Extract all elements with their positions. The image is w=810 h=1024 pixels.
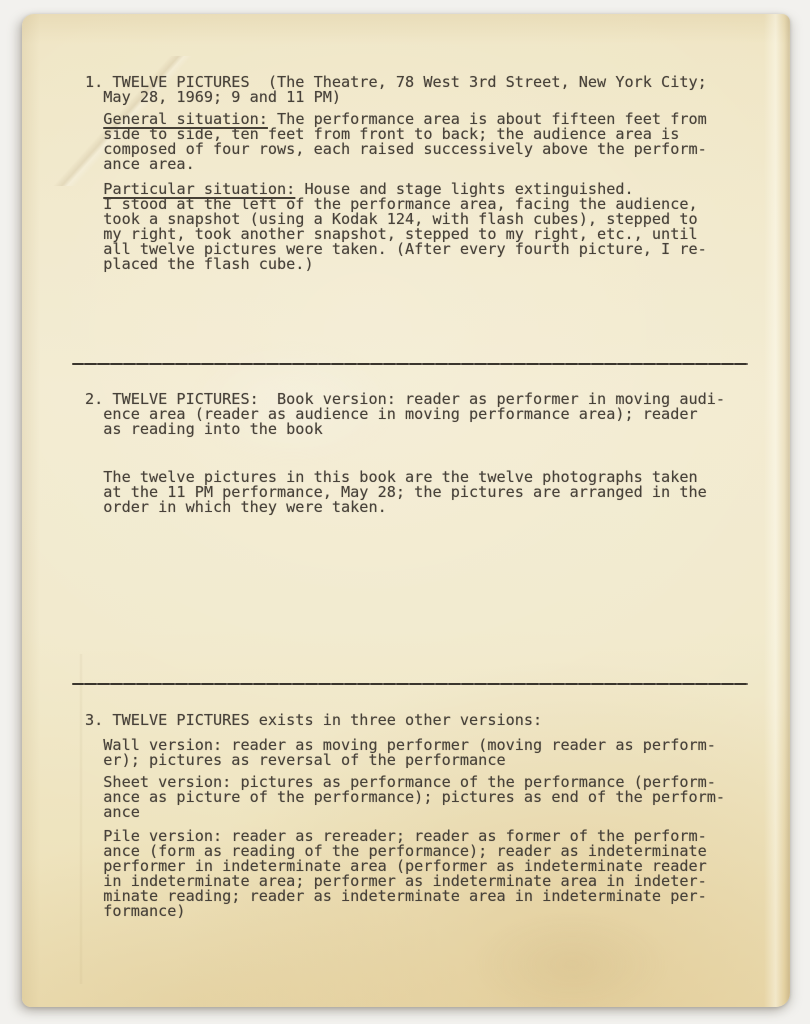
text-line: May 28, 1969; 9 and 11 PM) xyxy=(85,90,707,105)
text-line: placed the flash cube.) xyxy=(85,257,707,272)
section-divider-2 xyxy=(72,683,748,685)
section-1-general-situation: General situation: The performance area … xyxy=(85,112,707,172)
text-segment: ance area. xyxy=(85,155,195,173)
text-line: ance xyxy=(85,805,725,820)
document-page: 1. TWELVE PICTURES (The Theatre, 78 West… xyxy=(22,14,790,1007)
text-line: er); pictures as reversal of the perform… xyxy=(85,753,716,768)
text-segment: 3. TWELVE PICTURES exists in three other… xyxy=(85,711,542,729)
section-3-pile-version: Pile version: reader as rereader; reader… xyxy=(85,829,707,918)
section-divider-1 xyxy=(72,363,748,365)
text-line: ance as picture of the performance); pic… xyxy=(85,790,725,805)
text-line: formance) xyxy=(85,904,707,919)
text-segment: May 28, 1969; 9 and 11 PM) xyxy=(85,88,341,106)
text-line: order in which they were taken. xyxy=(85,500,707,515)
text-segment: ance as picture of the performance); pic… xyxy=(85,788,725,806)
scan-background: 1. TWELVE PICTURES (The Theatre, 78 West… xyxy=(0,0,810,1024)
section-3-heading: 3. TWELVE PICTURES exists in three other… xyxy=(85,713,542,728)
text-segment: formance) xyxy=(85,902,186,920)
section-2-heading: 2. TWELVE PICTURES: Book version: reader… xyxy=(85,392,725,437)
text-segment: er); pictures as reversal of the perform… xyxy=(85,751,506,769)
text-segment: ance xyxy=(85,803,140,821)
section-1-particular-situation: Particular situation: House and stage li… xyxy=(85,182,707,271)
text-line: ance area. xyxy=(85,157,707,172)
text-segment: as reading into the book xyxy=(85,420,323,438)
text-line: 3. TWELVE PICTURES exists in three other… xyxy=(85,713,542,728)
section-3-sheet-version: Sheet version: pictures as performance o… xyxy=(85,775,725,820)
section-3-wall-version: Wall version: reader as moving performer… xyxy=(85,738,716,768)
text-segment: order in which they were taken. xyxy=(85,498,387,516)
section-2-body: The twelve pictures in this book are the… xyxy=(85,470,707,515)
section-1-heading: 1. TWELVE PICTURES (The Theatre, 78 West… xyxy=(85,75,707,105)
text-segment: placed the flash cube.) xyxy=(85,255,314,273)
text-line: as reading into the book xyxy=(85,422,725,437)
